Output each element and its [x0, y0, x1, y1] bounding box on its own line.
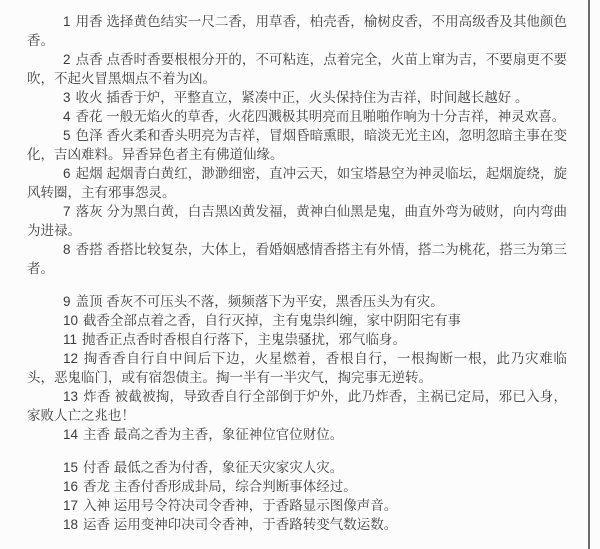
- item-text: 用香 选择黄色结实一尺二香，用草香，柏壳香，榆树皮香，不用高级香及其他颜色香。: [27, 14, 567, 48]
- list-item: 11抛香正点香时香根自行落下，主鬼祟骚扰，邪气临身。: [27, 330, 567, 349]
- item-text: 付香 最低之香为付香，象征天灾家灾人灾。: [83, 460, 343, 475]
- item-text: 香搭 香搭比较复杂，大体上，看婚姻感情香搭主有外情，搭二为桃花，搭三为第三者。: [27, 242, 567, 276]
- item-text: 掏香香自行自中间后下边，火星燃着，香根自行，一根掏断一根，此乃灾难临头，恶鬼临门…: [27, 351, 567, 385]
- item-number: 12: [63, 351, 78, 366]
- item-number: 13: [63, 389, 78, 404]
- item-text: 收火 插香于炉，平整直立，紧凑中正，火头保持住为吉祥，时间越长越好 。: [76, 90, 529, 105]
- list-item: 15付香 最低之香为付香，象征天灾家灾人灾。: [27, 458, 567, 477]
- list-item: 7落灰 分为黑白黄，白吉黑凶黄发福，黄神白仙黑是鬼，曲直外弯为破财，向内弯曲为进…: [27, 202, 567, 240]
- item-number: 5: [63, 128, 71, 143]
- list-item: 1用香 选择黄色结实一尺二香，用草香，柏壳香，榆树皮香，不用高级香及其他颜色香。: [27, 12, 567, 50]
- incense-list: 1用香 选择黄色结实一尺二香，用草香，柏壳香，榆树皮香，不用高级香及其他颜色香。…: [27, 12, 567, 534]
- item-text: 运香 运用变神印决司令香神，于香路转变气数运数。: [83, 517, 397, 532]
- item-text: 色泽 香火柔和香头明亮为吉祥，冒烟昏暗熏眼，暗淡无光主凶，忽明忽暗主事在变化，吉…: [27, 128, 567, 162]
- item-text: 抛香正点香时香根自行落下，主鬼祟骚扰，邪气临身。: [82, 332, 406, 347]
- item-text: 炸香 被截被掏，导致香自行全部倒于炉外，此乃炸香，主祸已定局，邪已入身，家败人亡…: [27, 389, 567, 423]
- item-number: 4: [63, 109, 71, 124]
- list-item: 10截香全部点着之香，自行灭掉，主有鬼祟纠缠，家中阴阳宅有事: [27, 311, 567, 330]
- list-item: 2点香 点香时香要根根分开的，不可粘连，点着完全，火苗上窜为吉，不要扇更不要吹，…: [27, 50, 567, 88]
- list-item: 6起烟 起烟青白黄红，渺渺细密，直冲云天，如宝塔悬空为神灵临坛，起烟旋绕，旋风转…: [27, 164, 567, 202]
- list-item: 4香花 一般无焰火的草香，火花四溅极其明亮而且啪啪作响为十分吉祥，神灵欢喜。: [27, 107, 567, 126]
- item-number: 15: [63, 460, 78, 475]
- item-number: 6: [63, 166, 71, 181]
- item-number: 8: [63, 242, 71, 257]
- item-number: 17: [63, 498, 78, 513]
- item-text: 盖顶 香灰不可压头不落，频频落下为平安，黑香压头为有灾。: [76, 294, 444, 309]
- list-item: 5色泽 香火柔和香头明亮为吉祥，冒烟昏暗熏眼，暗淡无光主凶，忽明忽暗主事在变化，…: [27, 126, 567, 164]
- item-number: 1: [63, 14, 71, 29]
- item-number: 3: [63, 90, 71, 105]
- list-item: 8香搭 香搭比较复杂，大体上，看婚姻感情香搭主有外情，搭二为桃花，搭三为第三者。: [27, 240, 567, 278]
- item-number: 7: [63, 204, 71, 219]
- item-number: 9: [63, 294, 71, 309]
- list-item: 13炸香 被截被掏，导致香自行全部倒于炉外，此乃炸香，主祸已定局，邪已入身，家败…: [27, 387, 567, 425]
- document-page: 1用香 选择黄色结实一尺二香，用草香，柏壳香，榆树皮香，不用高级香及其他颜色香。…: [0, 0, 600, 549]
- item-text: 主香 最高之香为主香，象征神位官位财位。: [83, 427, 343, 442]
- item-number: 16: [63, 479, 78, 494]
- item-text: 入神 运用号令符决司令香神，于香路显示图像声音。: [83, 498, 397, 513]
- page-edge-line: [588, 0, 590, 549]
- list-item: 16香龙 主香付香形成卦局，综合判断事体经过。: [27, 477, 567, 496]
- item-text: 落灰 分为黑白黄，白吉黑凶黄发福，黄神白仙黑是鬼，曲直外弯为破财，向内弯曲为进禄…: [27, 204, 567, 238]
- list-item: 9盖顶 香灰不可压头不落，频频落下为平安，黑香压头为有灾。: [27, 292, 567, 311]
- item-text: 香龙 主香付香形成卦局，综合判断事体经过。: [83, 479, 357, 494]
- item-text: 点香 点香时香要根根分开的，不可粘连，点着完全，火苗上窜为吉，不要扇更不要吹，不…: [27, 52, 567, 86]
- item-number: 2: [63, 52, 71, 67]
- item-text: 截香全部点着之香，自行灭掉，主有鬼祟纠缠，家中阴阳宅有事: [83, 313, 461, 328]
- item-text: 香花 一般无焰火的草香，火花四溅极其明亮而且啪啪作响为十分吉祥，神灵欢喜。: [76, 109, 566, 124]
- item-number: 14: [63, 427, 78, 442]
- item-text: 起烟 起烟青白黄红，渺渺细密，直冲云天，如宝塔悬空为神灵临坛，起烟旋绕，旋风转圈…: [27, 166, 567, 200]
- list-item: 14主香 最高之香为主香，象征神位官位财位。: [27, 425, 567, 444]
- item-number: 11: [63, 332, 77, 347]
- item-number: 18: [63, 517, 78, 532]
- list-item: 17入神 运用号令符决司令香神，于香路显示图像声音。: [27, 496, 567, 515]
- list-item: 12掏香香自行自中间后下边，火星燃着，香根自行，一根掏断一根，此乃灾难临头，恶鬼…: [27, 349, 567, 387]
- list-item: 18运香 运用变神印决司令香神，于香路转变气数运数。: [27, 515, 567, 534]
- list-item: 3收火 插香于炉，平整直立，紧凑中正，火头保持住为吉祥，时间越长越好 。: [27, 88, 567, 107]
- item-number: 10: [63, 313, 78, 328]
